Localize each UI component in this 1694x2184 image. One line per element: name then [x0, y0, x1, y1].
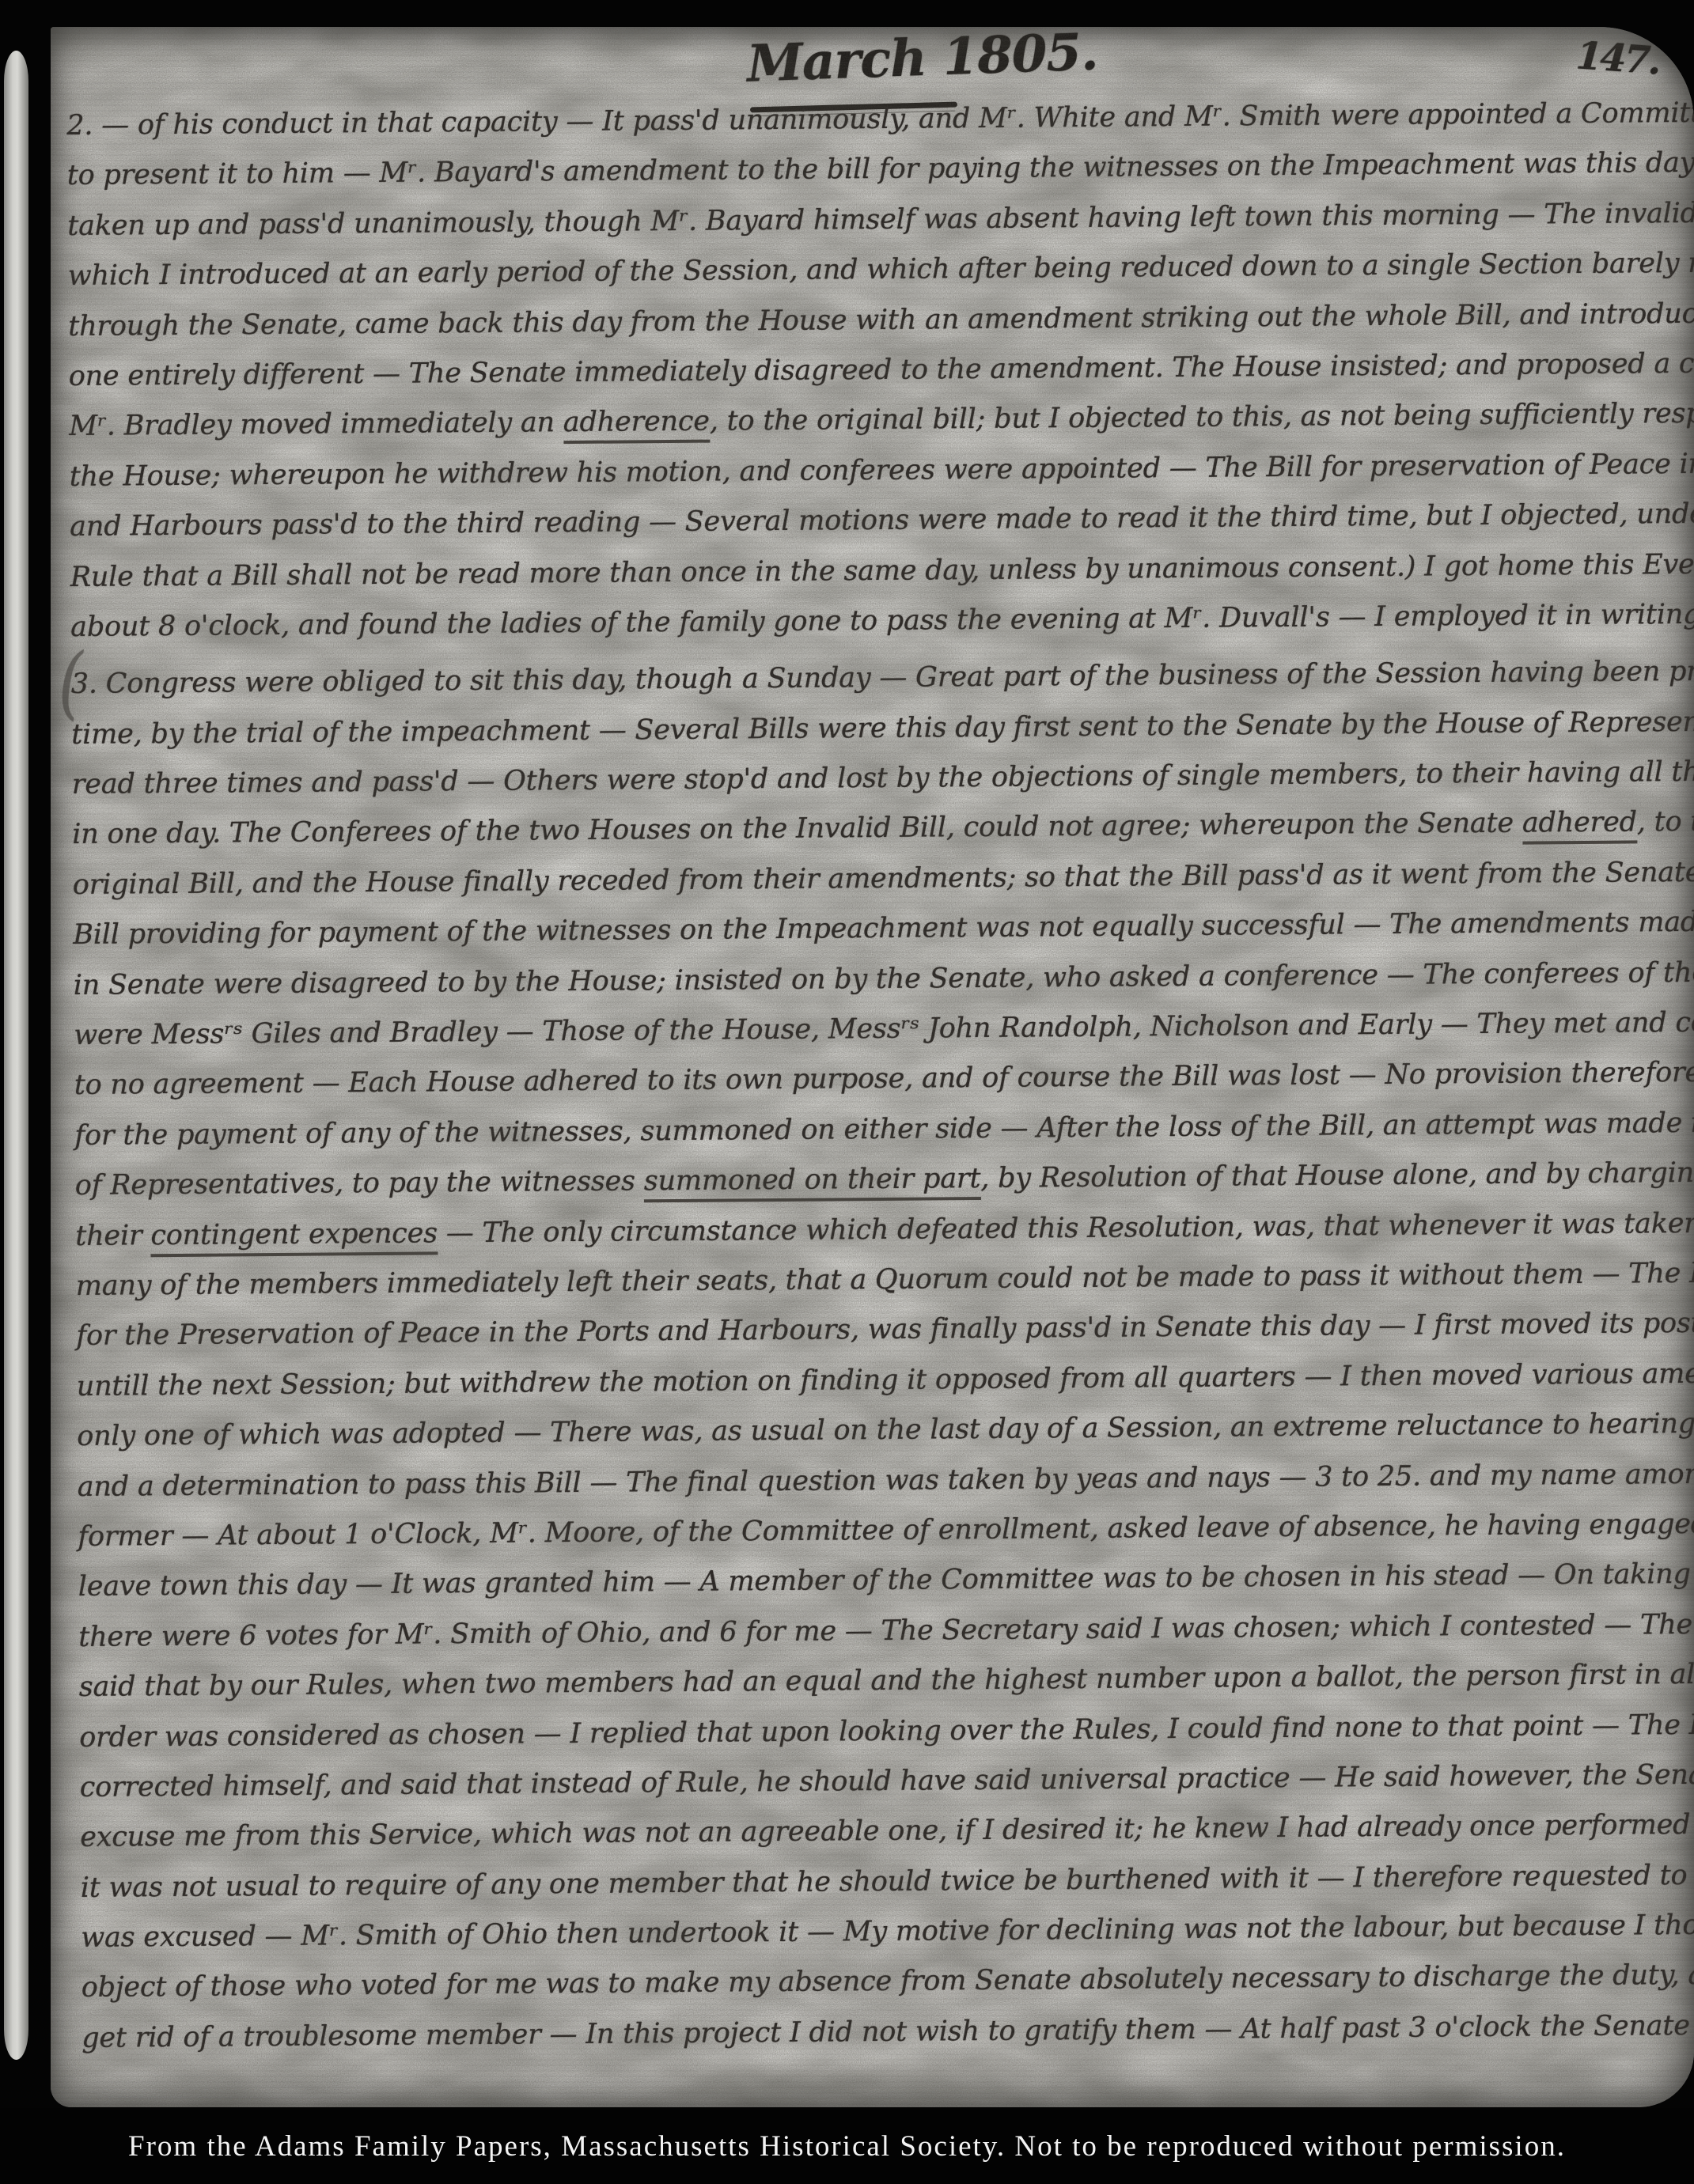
date-heading: March 1805. [746, 27, 1099, 94]
line-text: former — At about 1 o'Clock, Mʳ. Moore, … [78, 1508, 1694, 1553]
line-text: it was not usual to require of any one m… [81, 1859, 1694, 1904]
line-text: in Senate were disagreed to by the House… [74, 956, 1694, 1001]
line-text: for the Preservation of Peace in the Por… [76, 1307, 1694, 1353]
line-text: read three times and pass'd — Others wer… [72, 755, 1694, 801]
line-text: of Representatives, to pay the witnesses [75, 1166, 644, 1202]
line-text: 3. Congress were obliged to sit this day… [71, 654, 1694, 700]
line-text: only one of which was adopted — There wa… [77, 1406, 1694, 1452]
manuscript-text: 2. — of his conduct in that capacity — I… [66, 89, 1691, 2064]
line-text: , to their [1637, 806, 1694, 838]
line-text: Mʳ. Bradley moved immediately an [69, 407, 563, 442]
line-text: and a determination to pass this Bill — … [78, 1458, 1694, 1503]
line-text: order was considered as chosen — I repli… [79, 1708, 1694, 1753]
line-text: time, by the trial of the impeachment — … [71, 705, 1694, 750]
line-text: through the Senate, came back this day f… [68, 297, 1694, 343]
line-text: to no agreement — Each House adhered to … [74, 1056, 1694, 1101]
line-text: — The only circumstance which defeated t… [438, 1206, 1694, 1248]
underlined-text: contingent expences [150, 1217, 438, 1257]
line-text: there were 6 votes for Mʳ. Smith of Ohio… [78, 1607, 1694, 1652]
line-text: were Messʳˢ Giles and Bradley — Those of… [74, 1006, 1694, 1051]
page-number: 147. [1575, 33, 1661, 83]
entry-paren-mark: ( [58, 637, 83, 729]
book-edge [4, 51, 28, 2060]
line-text: untill the next Session; but withdrew th… [77, 1357, 1694, 1402]
scanned-page: 147. March 1805. 2. — of his conduct in … [0, 0, 1694, 2184]
line-text: the House; whereupon he withdrew his mot… [70, 447, 1694, 493]
line-text: taken up and pass'd unanimously, though … [67, 197, 1694, 242]
line-text: one entirely different — The Senate imme… [69, 346, 1694, 392]
line-text: get rid of a troublesome member — In thi… [81, 2010, 1690, 2054]
line-text: and Harbours pass'd to the third reading… [70, 498, 1694, 543]
line-text: their [75, 1220, 150, 1252]
line-text: to present it to him — Mʳ. Bayard's amen… [67, 147, 1694, 191]
line-text: original Bill, and the House finally rec… [73, 856, 1694, 901]
line-text: said that by our Rules, when two members… [79, 1658, 1694, 1703]
credit-bar: From the Adams Family Papers, Massachuse… [0, 2108, 1694, 2184]
line-text: which I introduced at an early period of… [68, 247, 1694, 292]
line-text: Bill providing for payment of the witnes… [73, 906, 1694, 951]
line-text: in one day. The Conferees of the two Hou… [72, 808, 1522, 850]
line-text: many of the members immediately left the… [76, 1257, 1694, 1301]
line-text: excuse me from this Service, which was n… [80, 1808, 1694, 1853]
line-text: , by Resolution of that House alone, and… [980, 1156, 1694, 1194]
line-text: about 8 o'clock, and found the ladies of… [70, 599, 1694, 643]
line-text: Rule that a Bill shall not be read more … [70, 547, 1694, 592]
line-text: object of those who voted for me was to … [81, 1959, 1694, 2004]
line-text: corrected himself, and said that instead… [80, 1758, 1694, 1804]
line-text: for the payment of any of the witnesses,… [74, 1106, 1694, 1152]
line-text: leave town this day — It was granted him… [78, 1558, 1694, 1603]
line-text: , to the original bill; but I objected t… [710, 397, 1694, 437]
underlined-text: adherence [563, 406, 710, 444]
manuscript-page: 147. March 1805. 2. — of his conduct in … [51, 27, 1694, 2107]
underlined-text: summoned on their part [644, 1163, 981, 1202]
credit-text: From the Adams Family Papers, Massachuse… [128, 2129, 1566, 2163]
line-text: 2. — of his conduct in that capacity — I… [66, 97, 1694, 142]
diary-entry: 2. — of his conduct in that capacity — I… [66, 89, 1680, 653]
diary-entry: (3. Congress were obliged to sit this da… [71, 647, 1692, 2064]
underlined-text: adhered [1522, 807, 1637, 845]
line-text: was excused — Mʳ. Smith of Ohio then und… [81, 1909, 1694, 1954]
